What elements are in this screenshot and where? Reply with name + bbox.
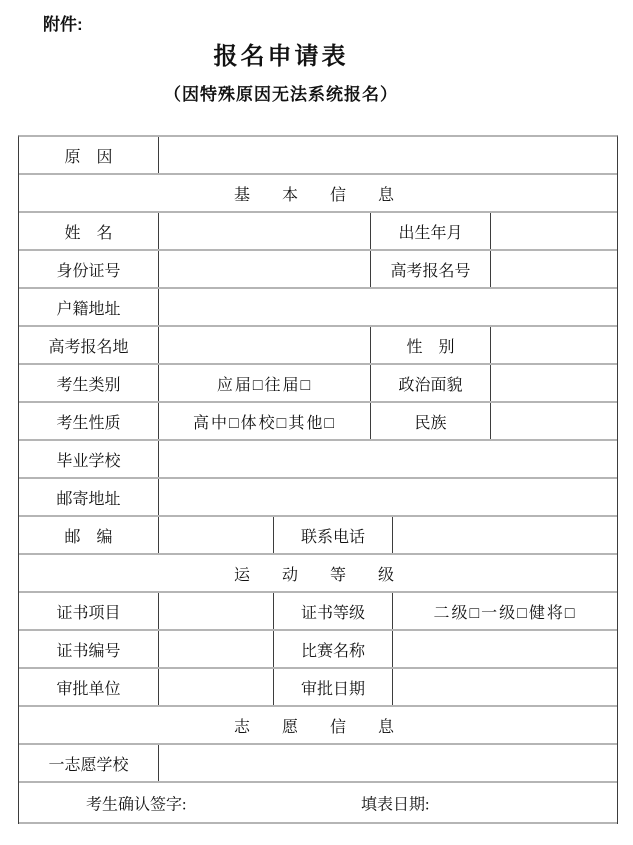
certificate-level-label: 证书等级 [274,593,393,629]
row-section-sport-level: 运 动 等 级 [19,555,617,593]
section-header-basic-info: 基 本 信 息 [19,175,617,211]
gaokao-reg-number-label: 高考报名号 [371,251,491,287]
certificate-level-options: 二级□一级□健将□ [393,593,617,629]
row-regplace-gender: 高考报名地 性 别 [19,327,617,365]
gender-label: 性 别 [371,327,491,363]
certificate-event-label: 证书项目 [19,593,159,629]
candidate-nature-options: 高中□体校□其他□ [159,403,371,439]
contact-phone-value [393,517,617,553]
candidate-category-options: 应届□往届□ [159,365,371,401]
row-signature-date: 考生确认签字: 填表日期: [19,783,617,824]
competition-name-label: 比赛名称 [274,631,393,667]
row-id-gaokao-number: 身份证号 高考报名号 [19,251,617,289]
contact-phone-label: 联系电话 [274,517,393,553]
form-header: 报名申请表 （因特殊原因无法系统报名） [0,36,562,105]
name-label: 姓 名 [19,213,159,249]
political-status-value [491,365,617,401]
row-section-basic-info: 基 本 信 息 [19,175,617,213]
reason-value [159,137,617,173]
approval-unit-value [159,669,274,705]
postal-code-value [159,517,274,553]
row-section-preference-info: 志 愿 信 息 [19,707,617,745]
row-approval: 审批单位 审批日期 [19,669,617,707]
section-header-sport-level: 运 动 等 级 [19,555,617,591]
row-cert-number-competition: 证书编号 比赛名称 [19,631,617,669]
row-name-birthdate: 姓 名 出生年月 [19,213,617,251]
mailing-address-value [159,479,617,515]
postal-code-label: 邮 编 [19,517,159,553]
reason-label: 原 因 [19,137,159,173]
gaokao-reg-number-value [491,251,617,287]
attachment-label: 附件: [43,10,83,35]
section-header-preference-info: 志 愿 信 息 [19,707,617,743]
gaokao-reg-place-label: 高考报名地 [19,327,159,363]
approval-date-value [393,669,617,705]
row-nature-ethnicity: 考生性质 高中□体校□其他□ 民族 [19,403,617,441]
gender-value [491,327,617,363]
ethnicity-label: 民族 [371,403,491,439]
candidate-signature-label: 考生确认签字: [86,791,186,814]
application-form-table: 原 因 基 本 信 息 姓 名 出生年月 身份证号 高考报名号 户籍地址 高考报… [18,135,618,824]
row-graduation-school: 毕业学校 [19,441,617,479]
name-value [159,213,371,249]
id-number-value [159,251,371,287]
approval-date-label: 审批日期 [274,669,393,705]
row-postal-phone: 邮 编 联系电话 [19,517,617,555]
page-title: 报名申请表 [0,36,562,71]
competition-name-value [393,631,617,667]
first-choice-school-label: 一志愿学校 [19,745,159,781]
certificate-number-label: 证书编号 [19,631,159,667]
graduation-school-value [159,441,617,477]
fill-date-label: 填表日期: [361,791,429,814]
first-choice-school-value [159,745,617,781]
row-first-choice-school: 一志愿学校 [19,745,617,783]
household-address-value [159,289,617,325]
candidate-nature-label: 考生性质 [19,403,159,439]
certificate-number-value [159,631,274,667]
certificate-event-value [159,593,274,629]
household-address-label: 户籍地址 [19,289,159,325]
approval-unit-label: 审批单位 [19,669,159,705]
ethnicity-value [491,403,617,439]
candidate-category-label: 考生类别 [19,365,159,401]
birth-date-value [491,213,617,249]
page-subtitle: （因特殊原因无法系统报名） [0,80,562,105]
row-category-political: 考生类别 应届□往届□ 政治面貌 [19,365,617,403]
mailing-address-label: 邮寄地址 [19,479,159,515]
gaokao-reg-place-value [159,327,371,363]
id-number-label: 身份证号 [19,251,159,287]
row-cert-event-level: 证书项目 证书等级 二级□一级□健将□ [19,593,617,631]
graduation-school-label: 毕业学校 [19,441,159,477]
row-household-address: 户籍地址 [19,289,617,327]
political-status-label: 政治面貌 [371,365,491,401]
row-mailing-address: 邮寄地址 [19,479,617,517]
row-reason: 原 因 [19,137,617,175]
birth-date-label: 出生年月 [371,213,491,249]
